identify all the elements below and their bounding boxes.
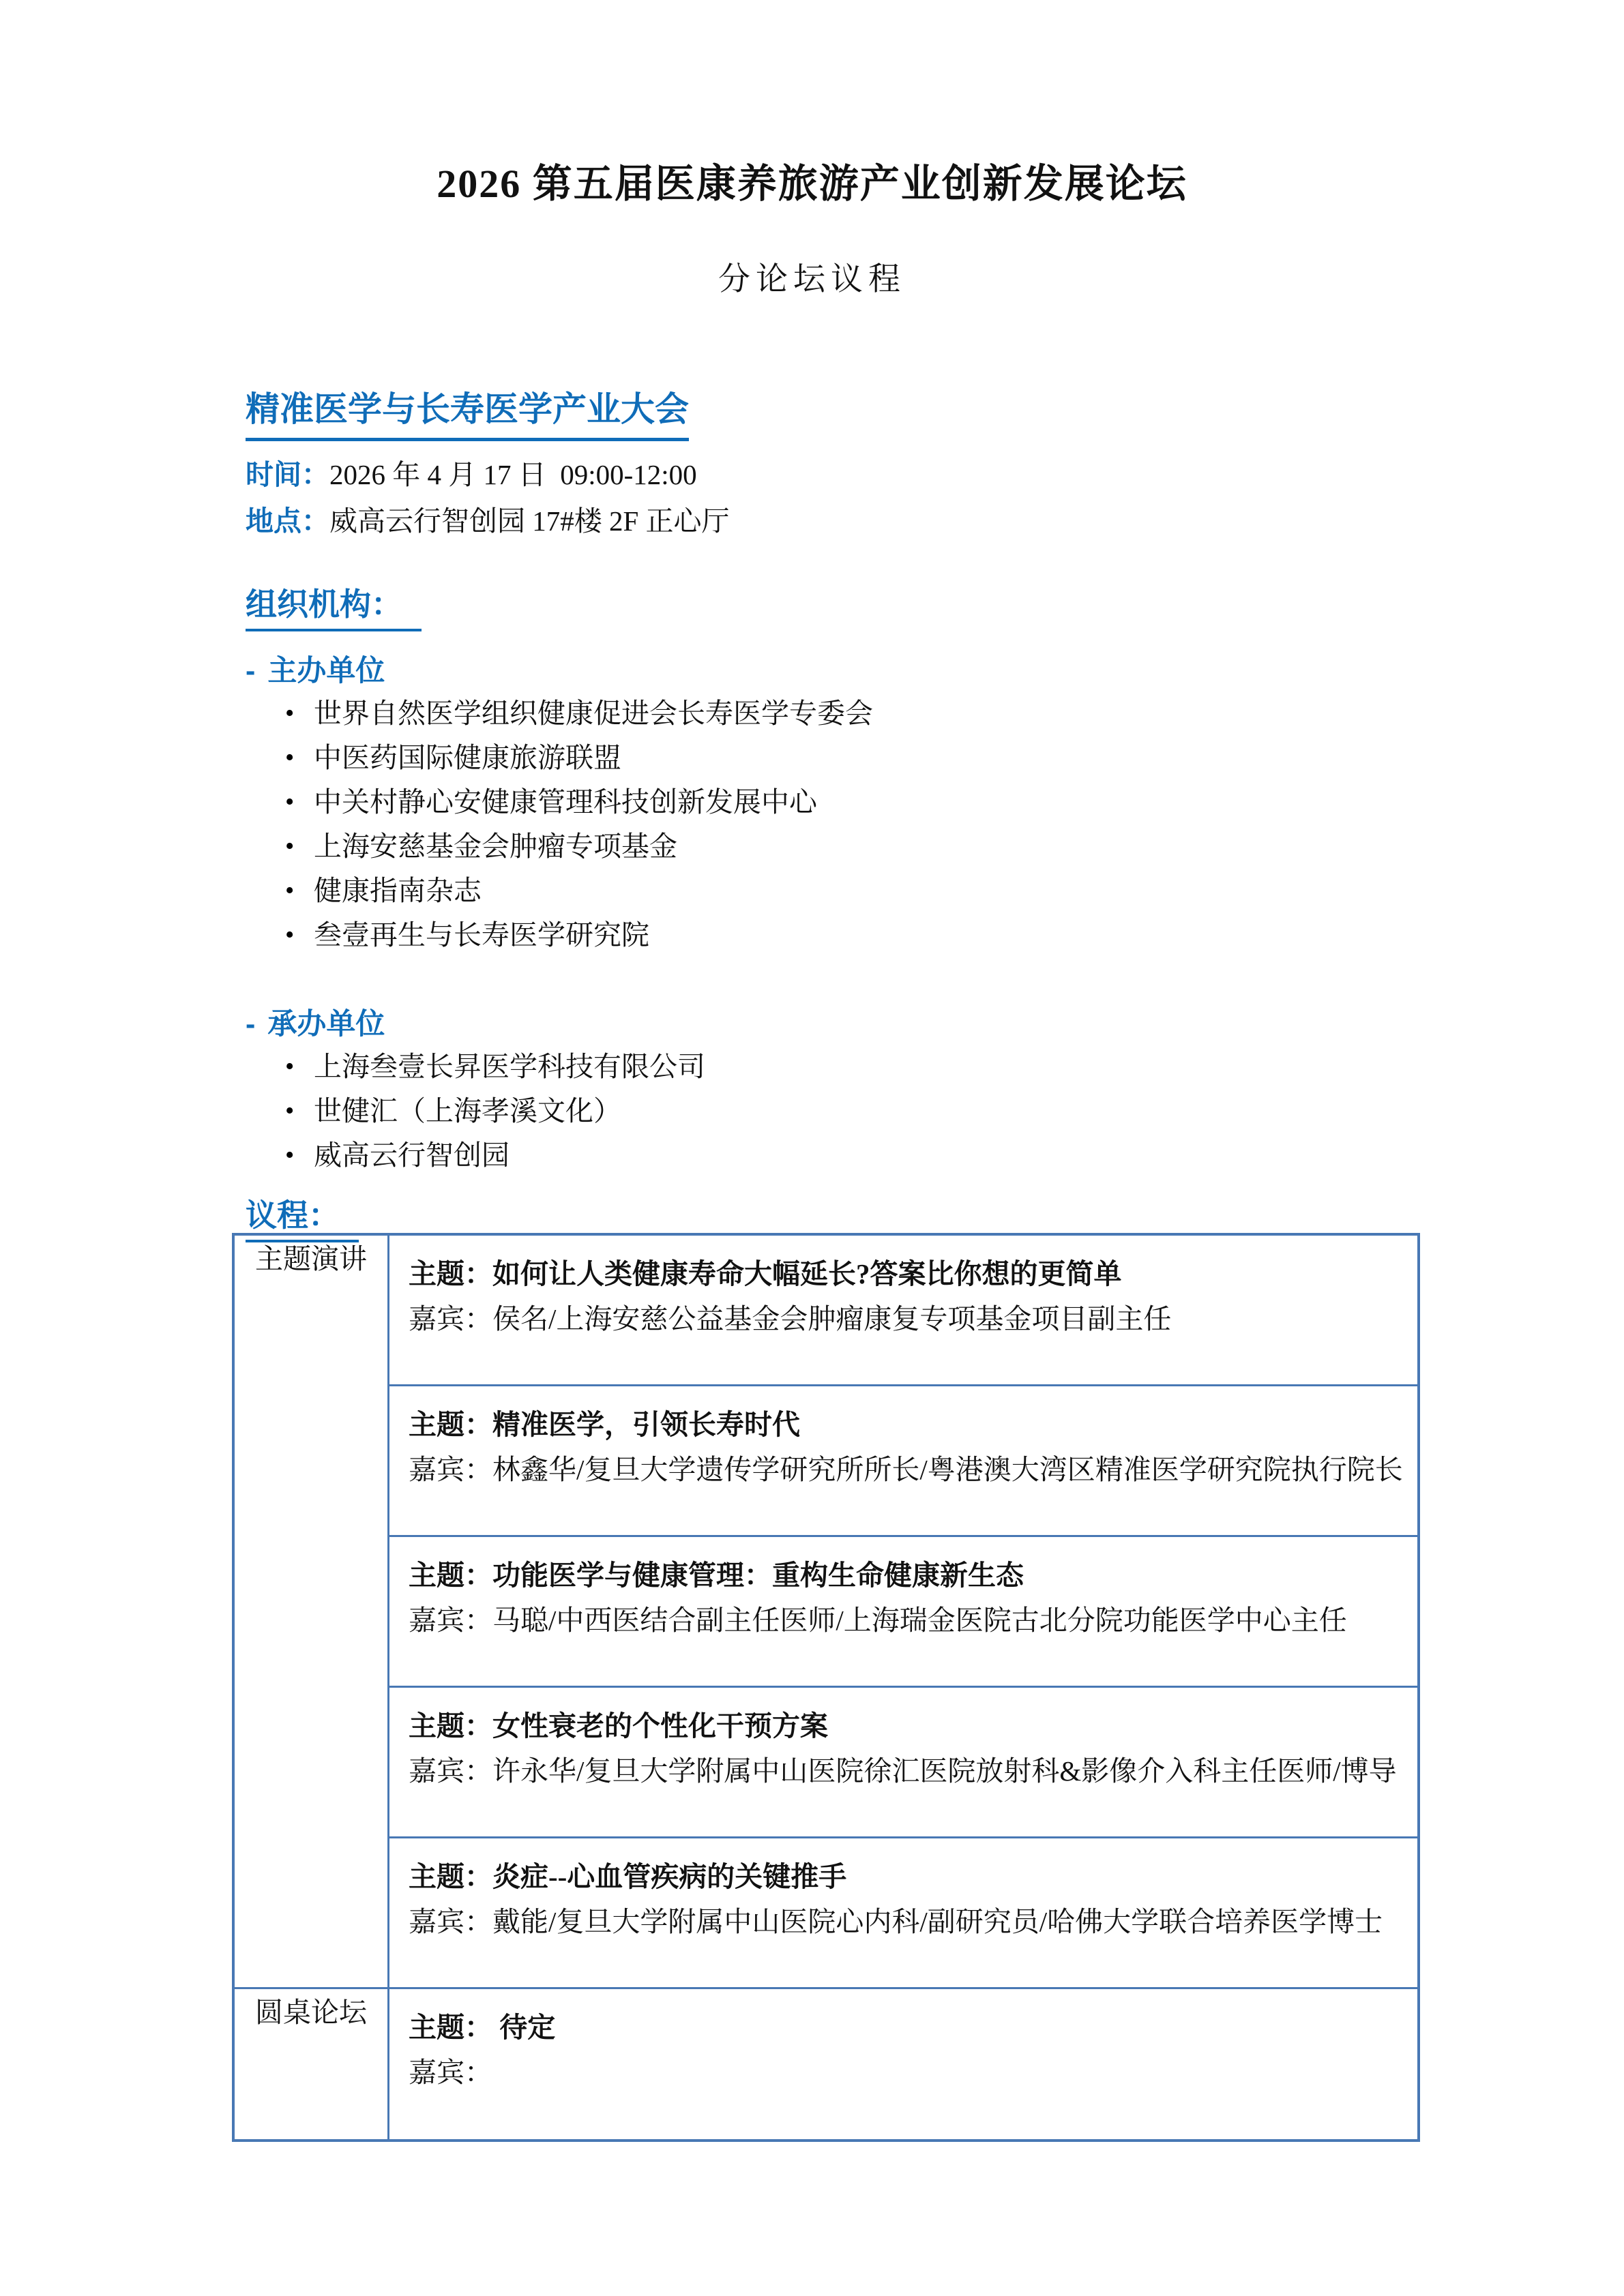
guest-label: 嘉宾： — [409, 1906, 492, 1937]
list-item: 中关村静心安健康管理科技创新发展中心 — [246, 786, 1405, 818]
venue-label: 地点： — [246, 505, 329, 537]
agenda-category-keynote: 主题演讲 — [233, 1234, 389, 1988]
talk-topic: 主题： 待定 — [409, 2010, 1404, 2045]
list-item: 世界自然医学组织健康促进会长寿医学专委会 — [246, 698, 1405, 729]
talk-cell: 主题：炎症--心血管疾病的关键推手 嘉宾：戴能/复旦大学附属中山医院心内科/副研… — [389, 1838, 1419, 1988]
org-group-label: 承办单位 — [267, 1008, 385, 1041]
forum-meta: 时间：2026 年 4 月 17 日 09:00-12:00 地点：威高云行智创… — [246, 458, 730, 551]
talk-topic: 主题：如何让人类健康寿命大幅延长?答案比你想的更简单 — [409, 1256, 1404, 1292]
dash-marker: - — [246, 1008, 255, 1041]
guest-text: 林鑫华/复旦大学遗传学研究所所长/粤港澳大湾区精准医学研究院执行院长 — [492, 1454, 1403, 1485]
talk-topic: 主题：炎症--心血管疾病的关键推手 — [409, 1859, 1404, 1894]
guest-label: 嘉宾： — [409, 2057, 492, 2088]
list-item: 威高云行智创园 — [246, 1139, 1405, 1171]
organization-heading: 组织机构： — [246, 580, 422, 631]
topic-text: 如何让人类健康寿命大幅延长?答案比你想的更简单 — [492, 1258, 1122, 1289]
topic-text: 功能医学与健康管理：重构生命健康新生态 — [492, 1560, 1024, 1591]
talk-cell: 主题：如何让人类健康寿命大幅延长?答案比你想的更简单 嘉宾：侯名/上海安慈公益基… — [389, 1234, 1419, 1386]
guest-text: 许永华/复旦大学附属中山医院徐汇医院放射科&影像介入科主任医师/博导 — [492, 1755, 1397, 1787]
topic-text: 待定 — [492, 2012, 555, 2043]
forum-heading: 精准医学与长寿医学产业大会 — [246, 382, 689, 441]
guest-text: 侯名/上海安慈公益基金会肿瘤康复专项基金项目副主任 — [492, 1303, 1171, 1335]
table-row: 主题演讲 主题：如何让人类健康寿命大幅延长?答案比你想的更简单 嘉宾：侯名/上海… — [233, 1234, 1419, 1386]
org-group-title-organizers: -承办单位 — [246, 1001, 1405, 1043]
topic-label: 主题： — [409, 1409, 492, 1440]
topic-label: 主题： — [409, 1560, 492, 1591]
topic-label: 主题： — [409, 1710, 492, 1742]
list-item: 上海安慈基金会肿瘤专项基金 — [246, 831, 1405, 862]
time-value: 2026 年 4 月 17 日 09:00-12:00 — [329, 459, 697, 490]
talk-cell: 主题：女性衰老的个性化干预方案 嘉宾：许永华/复旦大学附属中山医院徐汇医院放射科… — [389, 1687, 1419, 1838]
forum-venue-row: 地点：威高云行智创园 17#楼 2F 正心厅 — [246, 505, 730, 537]
document-subtitle: 分论坛议程 — [0, 254, 1624, 299]
talk-cell: 主题：功能医学与健康管理：重构生命健康新生态 嘉宾：马聪/中西医结合副主任医师/… — [389, 1536, 1419, 1687]
organizer-list: 上海叁壹长昇医学科技有限公司 世健汇（上海孝溪文化） 威高云行智创园 — [246, 1051, 1405, 1171]
talk-topic: 主题：女性衰老的个性化干预方案 — [409, 1708, 1404, 1744]
table-row: 主题：功能医学与健康管理：重构生命健康新生态 嘉宾：马聪/中西医结合副主任医师/… — [233, 1536, 1419, 1687]
venue-value: 威高云行智创园 17#楼 2F 正心厅 — [329, 505, 730, 537]
talk-guest: 嘉宾：马聪/中西医结合副主任医师/上海瑞金医院古北分院功能医学中心主任 — [409, 1602, 1404, 1638]
agenda-table: 主题演讲 主题：如何让人类健康寿命大幅延长?答案比你想的更简单 嘉宾：侯名/上海… — [232, 1233, 1420, 2142]
document-title: 2026 第五届医康养旅游产业创新发展论坛 — [0, 151, 1624, 209]
talk-cell: 主题： 待定 嘉宾： — [389, 1988, 1419, 2141]
dash-marker: - — [246, 655, 255, 687]
guest-label: 嘉宾： — [409, 1303, 492, 1335]
guest-label: 嘉宾： — [409, 1454, 492, 1485]
org-group-label: 主办单位 — [267, 655, 385, 687]
talk-guest: 嘉宾：戴能/复旦大学附属中山医院心内科/副研究员/哈佛大学联合培养医学博士 — [409, 1904, 1404, 1939]
talk-guest: 嘉宾：许永华/复旦大学附属中山医院徐汇医院放射科&影像介入科主任医师/博导 — [409, 1753, 1404, 1789]
organization-section: 组织机构： -主办单位 世界自然医学组织健康促进会长寿医学专委会 中医药国际健康… — [246, 580, 1405, 1184]
talk-guest: 嘉宾：侯名/上海安慈公益基金会肿瘤康复专项基金项目副主任 — [409, 1301, 1404, 1337]
list-item: 上海叁壹长昇医学科技有限公司 — [246, 1051, 1405, 1082]
list-item: 世健汇（上海孝溪文化） — [246, 1095, 1405, 1127]
forum-time-row: 时间：2026 年 4 月 17 日 09:00-12:00 — [246, 458, 730, 491]
list-item: 叁壹再生与长寿医学研究院 — [246, 919, 1405, 951]
org-group-title-hosts: -主办单位 — [246, 648, 1405, 689]
agenda-category-roundtable: 圆桌论坛 — [233, 1988, 389, 2141]
table-row: 主题：精准医学，引领长寿时代 嘉宾：林鑫华/复旦大学遗传学研究所所长/粤港澳大湾… — [233, 1386, 1419, 1536]
topic-text: 炎症--心血管疾病的关键推手 — [492, 1861, 846, 1892]
time-label: 时间： — [246, 459, 329, 490]
table-row: 圆桌论坛 主题： 待定 嘉宾： — [233, 1988, 1419, 2141]
guest-label: 嘉宾： — [409, 1605, 492, 1636]
topic-label: 主题： — [409, 1861, 492, 1892]
talk-topic: 主题：功能医学与健康管理：重构生命健康新生态 — [409, 1557, 1404, 1593]
topic-text: 女性衰老的个性化干预方案 — [492, 1710, 828, 1742]
guest-label: 嘉宾： — [409, 1755, 492, 1787]
guest-text: 马聪/中西医结合副主任医师/上海瑞金医院古北分院功能医学中心主任 — [492, 1605, 1347, 1636]
host-list: 世界自然医学组织健康促进会长寿医学专委会 中医药国际健康旅游联盟 中关村静心安健… — [246, 698, 1405, 951]
topic-label: 主题： — [409, 1258, 492, 1289]
talk-topic: 主题：精准医学，引领长寿时代 — [409, 1407, 1404, 1442]
table-row: 主题：女性衰老的个性化干预方案 嘉宾：许永华/复旦大学附属中山医院徐汇医院放射科… — [233, 1687, 1419, 1838]
document-page: 2026 第五届医康养旅游产业创新发展论坛 分论坛议程 精准医学与长寿医学产业大… — [0, 0, 1624, 2296]
talk-cell: 主题：精准医学，引领长寿时代 嘉宾：林鑫华/复旦大学遗传学研究所所长/粤港澳大湾… — [389, 1386, 1419, 1536]
topic-text: 精准医学，引领长寿时代 — [492, 1409, 800, 1440]
guest-text: 戴能/复旦大学附属中山医院心内科/副研究员/哈佛大学联合培养医学博士 — [492, 1906, 1383, 1937]
list-item: 健康指南杂志 — [246, 875, 1405, 906]
talk-guest: 嘉宾：林鑫华/复旦大学遗传学研究所所长/粤港澳大湾区精准医学研究院执行院长 — [409, 1452, 1404, 1487]
table-row: 主题：炎症--心血管疾病的关键推手 嘉宾：戴能/复旦大学附属中山医院心内科/副研… — [233, 1838, 1419, 1988]
list-item: 中医药国际健康旅游联盟 — [246, 742, 1405, 773]
topic-label: 主题： — [409, 2012, 492, 2043]
talk-guest: 嘉宾： — [409, 2055, 1404, 2090]
